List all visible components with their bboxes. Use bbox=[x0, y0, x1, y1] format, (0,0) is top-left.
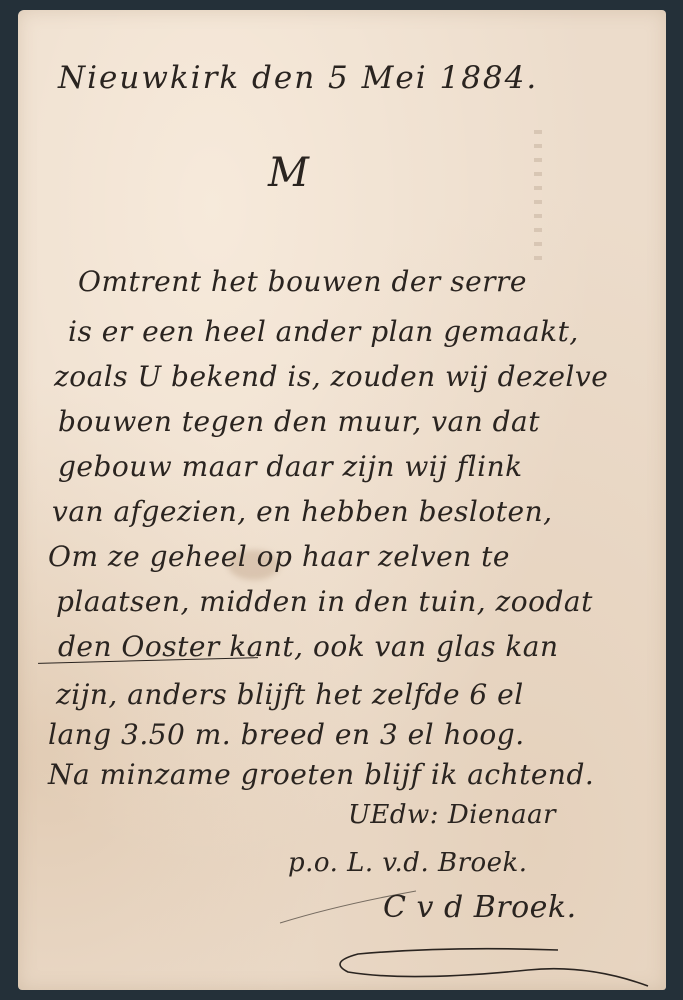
signature-flourish-icon bbox=[328, 940, 658, 990]
signature-stroke-icon bbox=[278, 885, 418, 925]
closing-line: UEdw: Dienaar bbox=[348, 800, 556, 830]
body-line: is er een heel ander plan gemaakt, bbox=[68, 315, 579, 348]
body-line: Om ze geheel op haar zelven te bbox=[48, 540, 510, 573]
body-line: plaatsen, midden in den tuin, zoodat bbox=[56, 585, 593, 618]
body-line: van afgezien, en hebben besloten, bbox=[52, 495, 553, 528]
body-line: lang 3.50 m. breed en 3 el hoog. bbox=[48, 718, 525, 751]
signature-line-1: p.o. L. v.d. Broek. bbox=[288, 848, 528, 878]
body-line: Na minzame groeten blijf ik achtend. bbox=[48, 758, 594, 791]
salutation: M bbox=[268, 150, 309, 196]
postcard: Nieuwkirk den 5 Mei 1884. M Omtrent het … bbox=[18, 10, 666, 990]
faint-perforation-mark bbox=[534, 130, 542, 260]
date-line: Nieuwkirk den 5 Mei 1884. bbox=[58, 60, 538, 96]
body-line: Omtrent het bouwen der serre bbox=[78, 265, 527, 298]
body-line: zijn, anders blijft het zelfde 6 el bbox=[56, 678, 524, 711]
body-line: zoals U bekend is, zouden wij dezelve bbox=[54, 360, 608, 393]
body-line: bouwen tegen den muur, van dat bbox=[58, 405, 540, 438]
body-line: den Ooster kant, ook van glas kan bbox=[58, 630, 559, 663]
body-line: gebouw maar daar zijn wij flink bbox=[58, 450, 523, 483]
